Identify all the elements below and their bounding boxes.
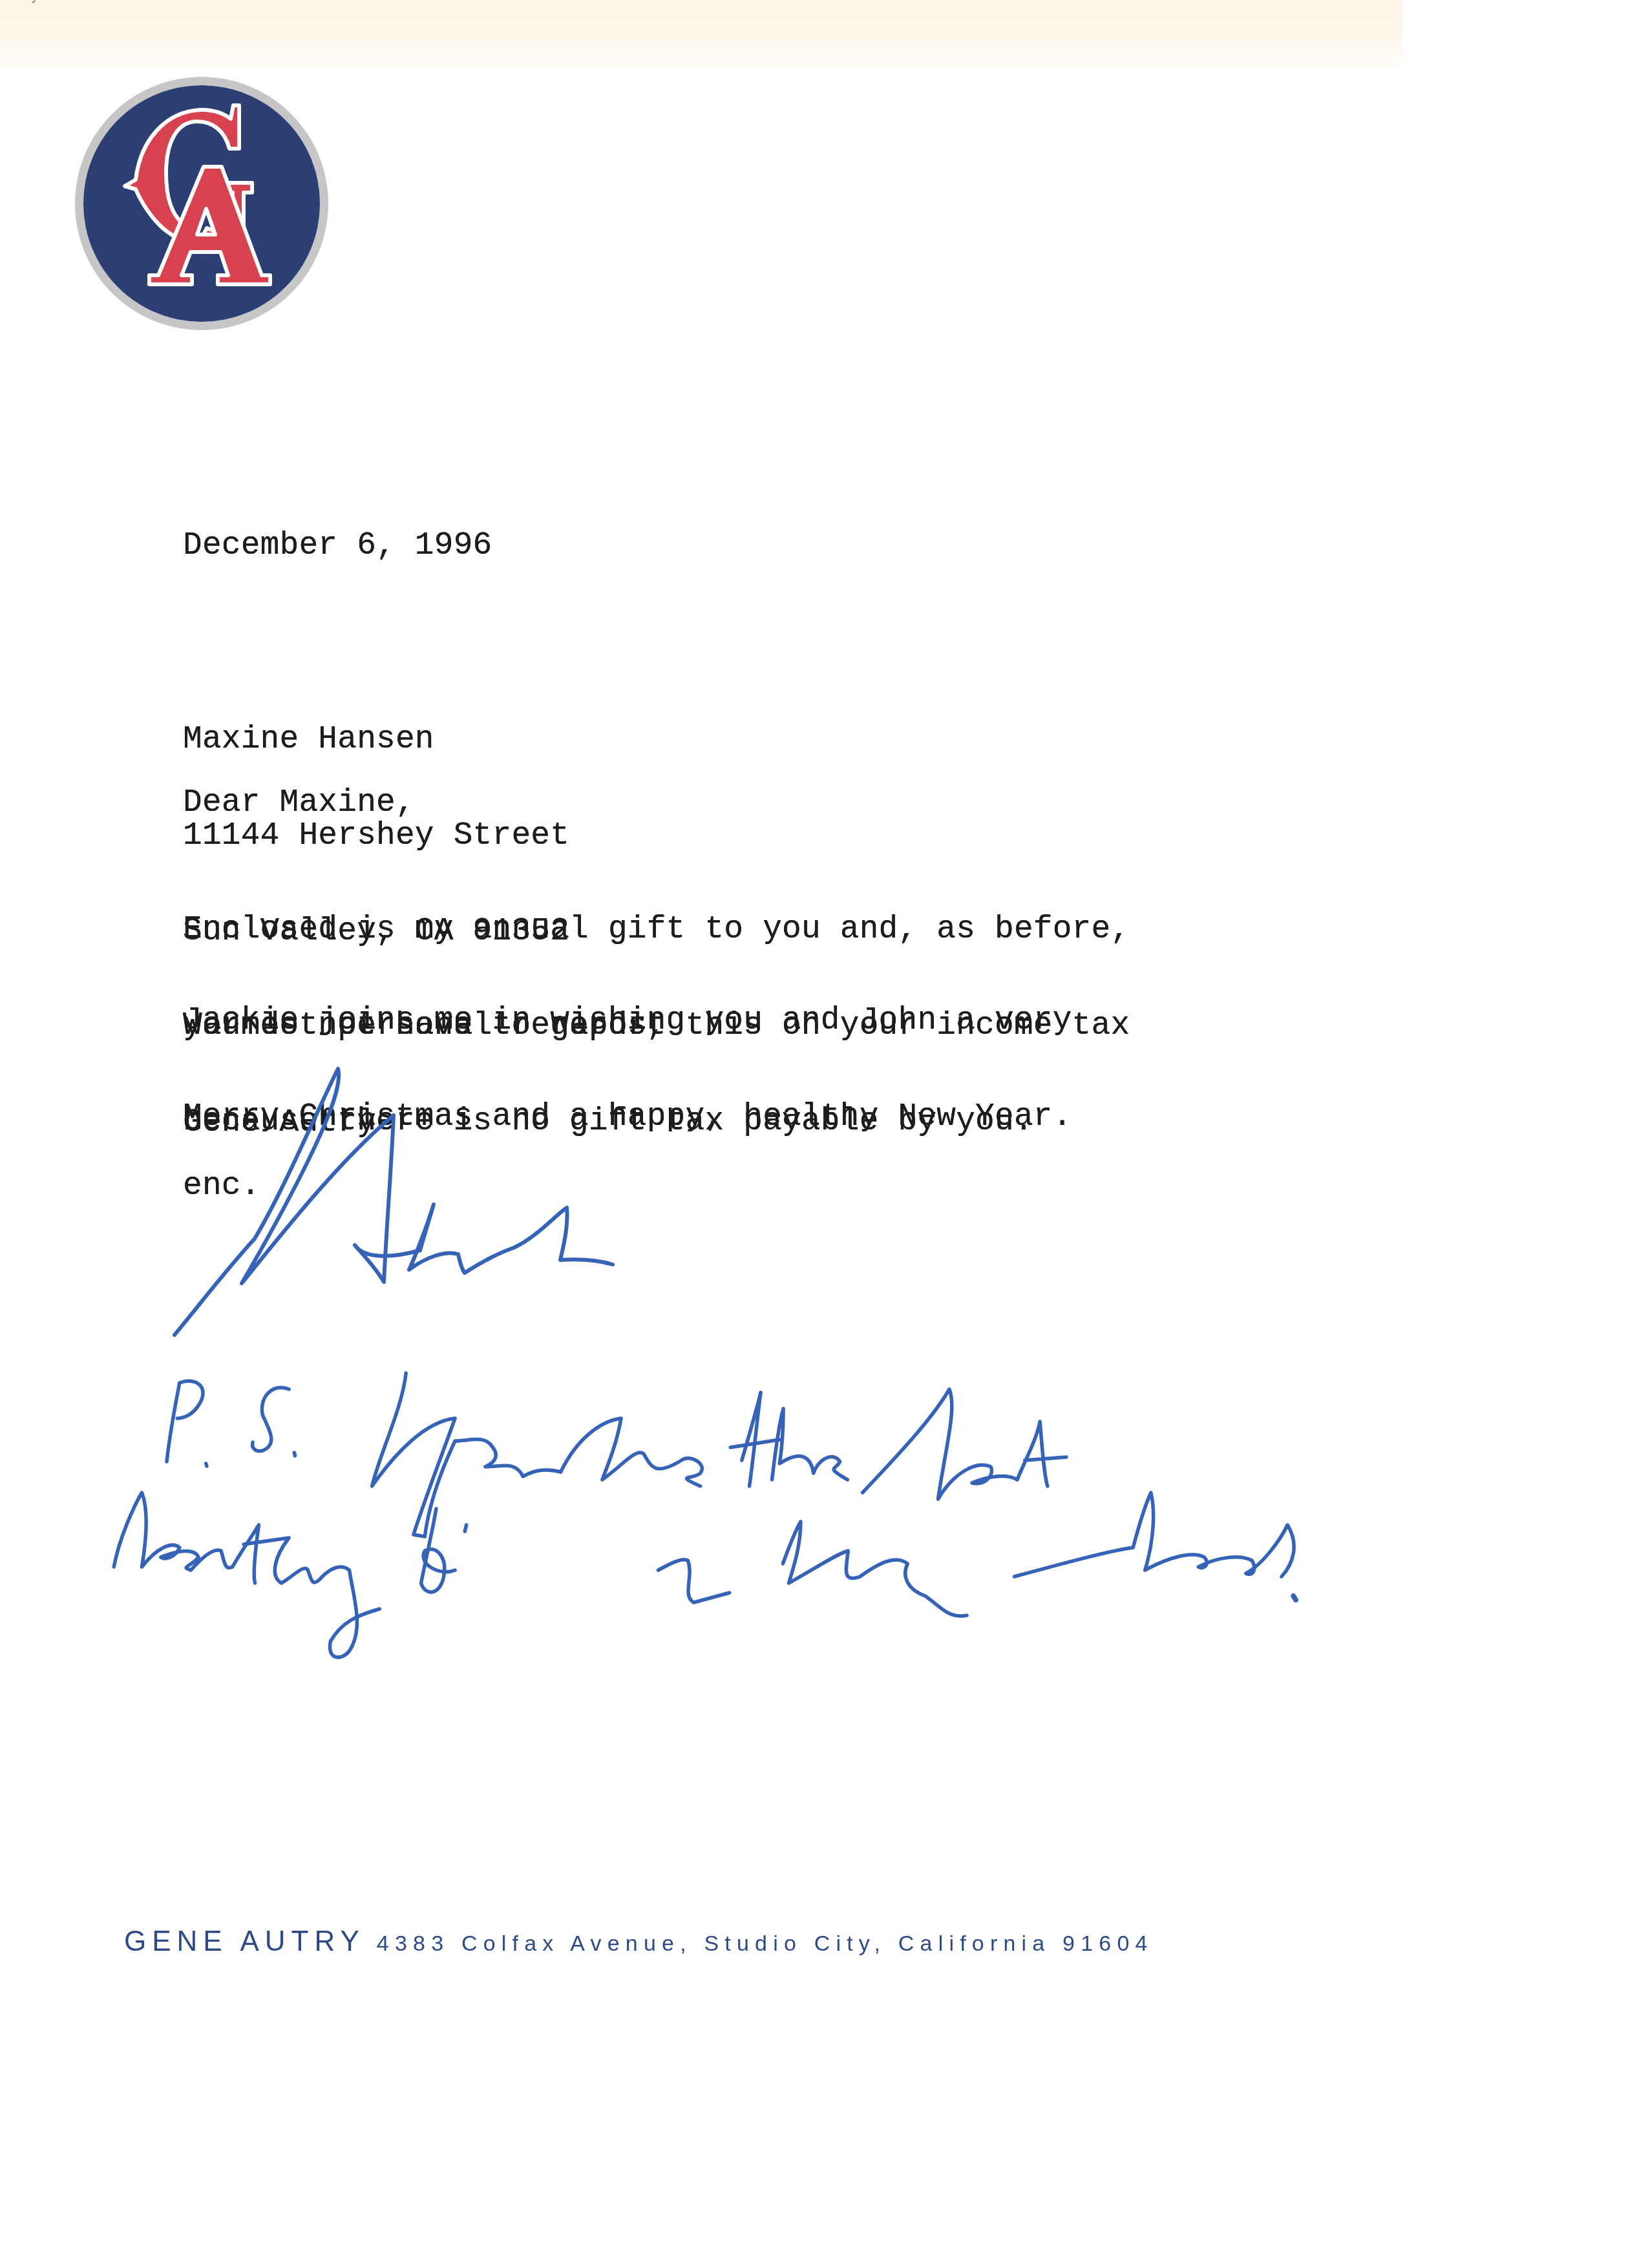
footer-address: 4383 Colfax Avenue, Studio City, Califor… bbox=[377, 1931, 1154, 1956]
letter-date: December 6, 1996 bbox=[183, 530, 492, 562]
signer-name: Gene Autry bbox=[183, 1107, 376, 1139]
recipient-street: 11144 Hershey Street bbox=[183, 820, 569, 852]
enclosure-note: enc. bbox=[183, 1170, 260, 1202]
footer-name: GENE AUTRY bbox=[124, 1926, 365, 1957]
letterhead-footer: GENE AUTRY4383 Colfax Avenue, Studio Cit… bbox=[124, 1926, 1154, 1958]
salutation: Dear Maxine, bbox=[183, 787, 415, 819]
closing: Warmest personal regards, bbox=[183, 1010, 666, 1042]
scan-tint bbox=[0, 0, 1402, 71]
angels-ga-logo-icon bbox=[74, 76, 329, 331]
recipient-name: Maxine Hansen bbox=[183, 724, 569, 756]
